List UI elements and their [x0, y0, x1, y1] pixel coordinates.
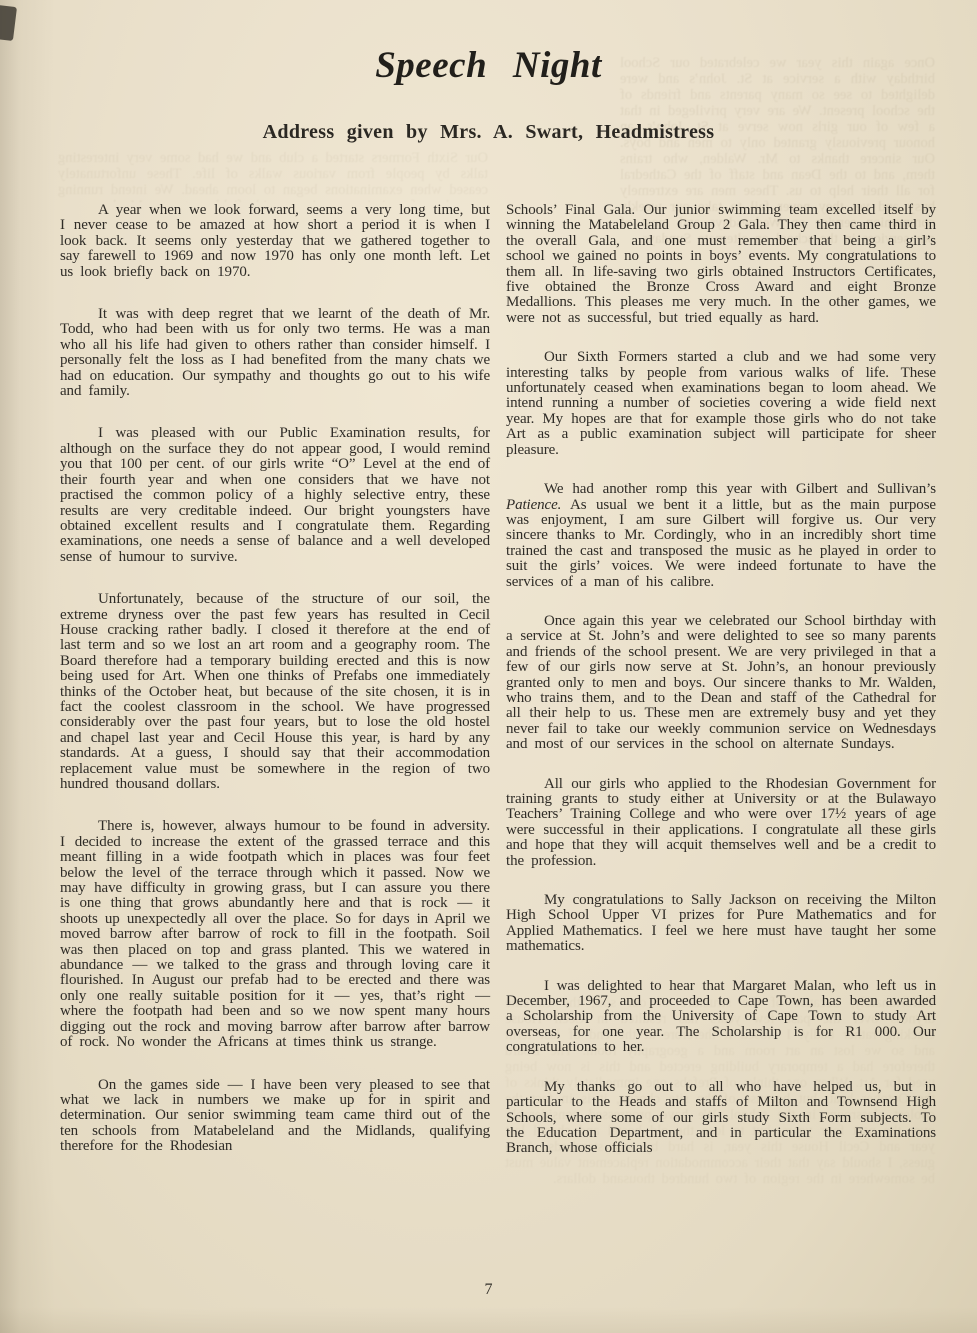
page-subtitle: Address given by Mrs. A. Swart, Headmist…	[0, 121, 977, 144]
page-bottom-shadow	[0, 1307, 977, 1333]
paragraph: We had another romp this year with Gilbe…	[506, 482, 936, 590]
paragraph: My thanks go out to all who have helped …	[506, 1080, 936, 1157]
left-column: A year when we look forward, seems a ver…	[60, 203, 490, 1182]
paragraph: A year when we look forward, seems a ver…	[60, 203, 490, 280]
paragraph: I was delighted to hear that Margaret Ma…	[506, 979, 936, 1056]
article-body: A year when we look forward, seems a ver…	[60, 203, 936, 1182]
paragraph: My congratulations to Sally Jackson on r…	[506, 893, 936, 955]
page-edge-shadow	[0, 0, 60, 1333]
paragraph: Our Sixth Formers started a club and we …	[506, 350, 936, 458]
right-column: Schools’ Final Gala. Our junior swimming…	[506, 203, 936, 1182]
paragraph: Unfortunately, because of the structure …	[60, 592, 490, 792]
scanned-magazine-page: Once again this year we celebrated our S…	[0, 0, 977, 1333]
paragraph: I was pleased with our Public Examinatio…	[60, 426, 490, 565]
play-title: Patience.	[506, 497, 561, 513]
page-number: 7	[0, 1281, 977, 1299]
paragraph-text: As usual we bent it a little, but as the…	[506, 497, 936, 590]
paragraph: It was with deep regret that we learnt o…	[60, 307, 490, 399]
paragraph: All our girls who applied to the Rhodesi…	[506, 777, 936, 869]
paragraph: Once again this year we celebrated our S…	[506, 614, 936, 753]
paragraph: There is, however, always humour to be f…	[60, 819, 490, 1050]
paragraph-text: We had another romp this year with Gilbe…	[544, 481, 936, 497]
bleed-through-text: Our Sixth Formers started a club and we …	[58, 150, 488, 202]
paragraph: On the games side — I have been very ple…	[60, 1078, 490, 1155]
scan-artifact-corner	[0, 5, 17, 41]
paragraph: Schools’ Final Gala. Our junior swimming…	[506, 203, 936, 326]
page-title: Speech Night	[0, 44, 977, 87]
